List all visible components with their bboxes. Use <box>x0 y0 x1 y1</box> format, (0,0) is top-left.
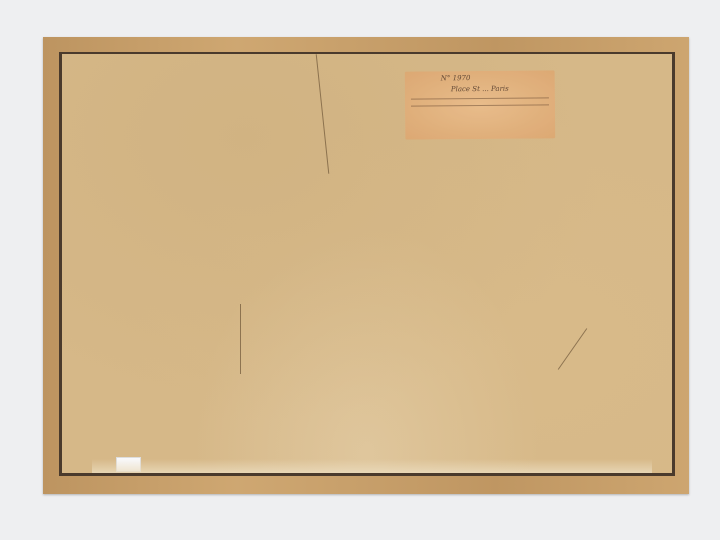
picture-frame: N° 1970 Place St ... Paris <box>43 37 689 494</box>
canvas-crack <box>558 328 587 370</box>
canvas-crack <box>240 304 241 374</box>
label-line <box>411 101 549 102</box>
canvas-edge-wear <box>92 459 652 473</box>
canvas-crack <box>316 54 330 173</box>
label-rule <box>411 97 549 99</box>
label-line: Place St ... Paris <box>411 83 549 95</box>
label-rule <box>411 104 549 106</box>
handwritten-label: N° 1970 Place St ... Paris <box>405 70 556 139</box>
canvas-verso: N° 1970 Place St ... Paris <box>62 54 672 473</box>
